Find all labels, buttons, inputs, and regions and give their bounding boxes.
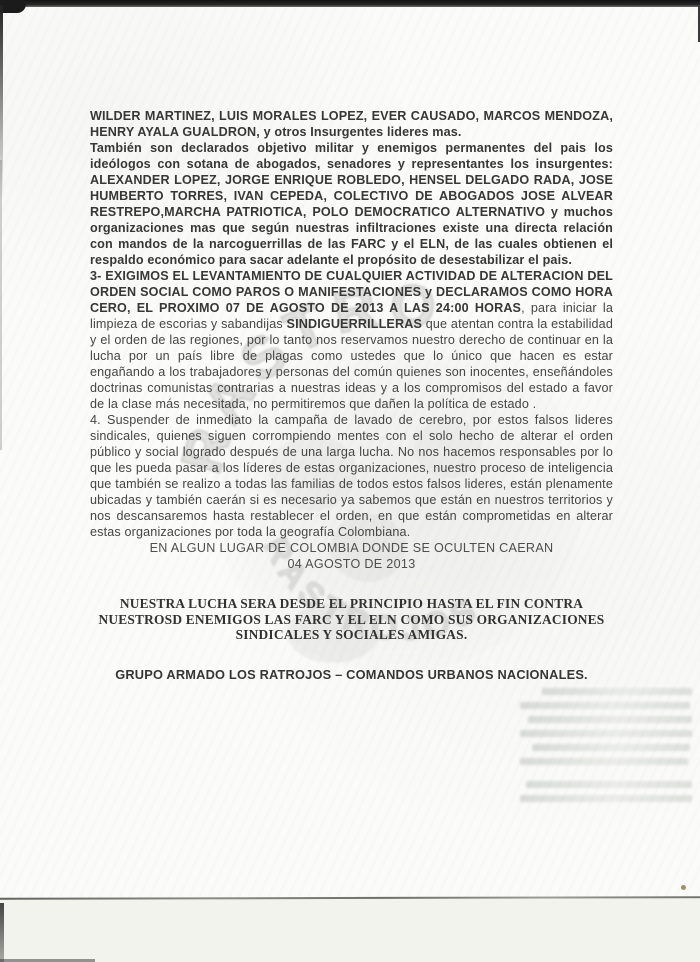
text-run: SINDIGUERRILLERAS <box>287 317 423 331</box>
text-run: 4. Suspender de inmediato la campaña de … <box>90 413 613 539</box>
scanner-edge-left-faint <box>0 160 2 450</box>
slogan-line: SINDICALES Y SOCIALES AMIGAS. <box>90 627 613 643</box>
scanner-edge-bottom-left <box>0 903 4 962</box>
slogan-line: NUESTROSD ENEMIGOS LAS FARC Y EL ELN COM… <box>90 612 613 628</box>
document-body: WILDER MARTINEZ, LUIS MORALES LOPEZ, EVE… <box>90 108 613 683</box>
bleed-through-row <box>520 702 690 709</box>
text-run: WILDER MARTINEZ, LUIS MORALES LOPEZ, EVE… <box>90 109 613 139</box>
dateline-place: EN ALGUN LUGAR DE COLOMBIA DONDE SE OCUL… <box>90 540 613 556</box>
text-run: También son declarados objetivo militar … <box>90 141 613 171</box>
paragraph-demand-4: 4. Suspender de inmediato la campaña de … <box>90 412 613 540</box>
signature-line: GRUPO ARMADO LOS RATROJOS – COMANDOS URB… <box>90 667 613 683</box>
text-run: que atentan contra la estabilidad y el o… <box>90 317 613 411</box>
bleed-through-row <box>532 744 690 751</box>
paragraph-demand-3: 3- EXIGIMOS EL LEVANTAMIENTO DE CUALQUIE… <box>90 268 613 412</box>
dateline-date: 04 AGOSTO DE 2013 <box>90 556 613 572</box>
text-run: ALEXANDER LOPEZ, JORGE ENRIQUE ROBLEDO, … <box>90 173 613 219</box>
bleed-through-row <box>520 758 688 765</box>
bleed-through-row <box>520 730 692 737</box>
bleed-through-row <box>542 688 692 695</box>
ink-speck <box>681 885 686 890</box>
bleed-through-row <box>528 716 692 723</box>
bleed-through-text <box>520 688 698 809</box>
paragraph-declared-targets: También son declarados objetivo militar … <box>90 140 613 268</box>
bleed-through-row <box>520 795 692 802</box>
scanner-edge-top-left <box>0 0 26 13</box>
slogan-block: NUESTRA LUCHA SERA DESDE EL PRINCIPIO HA… <box>90 596 613 643</box>
slogan-line: NUESTRA LUCHA SERA DESDE EL PRINCIPIO HA… <box>90 596 613 612</box>
page-bottom-strip <box>0 899 700 962</box>
scanner-edge-top <box>0 0 700 7</box>
bleed-through-row <box>526 781 692 788</box>
scanned-page: RASTRO RASTROJOS WILDER MARTINEZ, LUIS M… <box>0 0 700 962</box>
paragraph-leaders-list: WILDER MARTINEZ, LUIS MORALES LOPEZ, EVE… <box>90 108 613 140</box>
dateline: EN ALGUN LUGAR DE COLOMBIA DONDE SE OCUL… <box>90 540 613 572</box>
